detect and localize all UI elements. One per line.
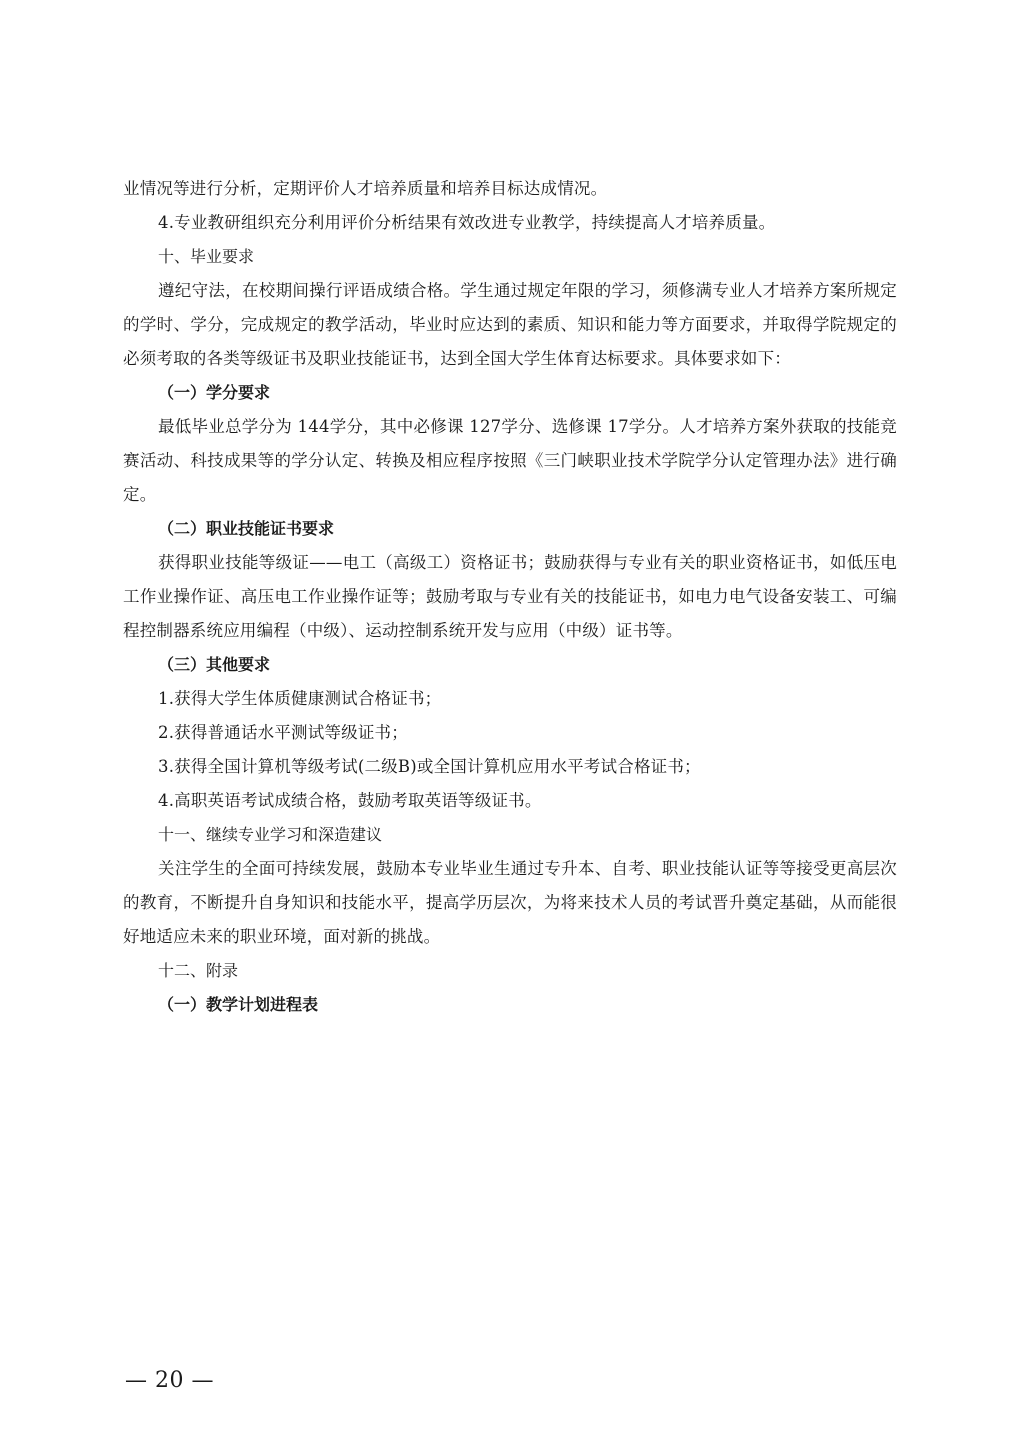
section-10-intro: 遵纪守法，在校期间操行评语成绩合格。学生通过规定年限的学习，须修满专业人才培养方… xyxy=(123,274,897,376)
page-number: — 20 — xyxy=(125,1368,214,1393)
subsection-certificate-body: 获得职业技能等级证——电工（高级工）资格证书；鼓励获得与专业有关的职业资格证书，… xyxy=(123,546,897,648)
section-11-title: 十一、继续专业学习和深造建议 xyxy=(123,818,897,852)
other-requirement-item: 2.获得普通话水平测试等级证书； xyxy=(123,716,897,750)
section-10-title: 十、毕业要求 xyxy=(123,240,897,274)
section-11-body: 关注学生的全面可持续发展，鼓励本专业毕业生通过专升本、自考、职业技能认证等等接受… xyxy=(123,852,897,954)
other-requirement-item: 1.获得大学生体质健康测试合格证书； xyxy=(123,682,897,716)
other-requirement-item: 4.高职英语考试成绩合格，鼓励考取英语等级证书。 xyxy=(123,784,897,818)
subsection-credit-title: （一）学分要求 xyxy=(123,376,897,410)
eval-item-4: 4.专业教研组织充分利用评价分析结果有效改进专业教学，持续提高人才培养质量。 xyxy=(123,206,897,240)
appendix-teaching-plan-title: （一）教学计划进程表 xyxy=(123,988,897,1022)
document-page: 业情况等进行分析，定期评价人才培养质量和培养目标达成情况。 4.专业教研组织充分… xyxy=(123,172,897,1022)
subsection-other-title: （三）其他要求 xyxy=(123,648,897,682)
section-12-title: 十二、附录 xyxy=(123,954,897,988)
subsection-credit-body: 最低毕业总学分为 144学分，其中必修课 127学分、选修课 17学分。人才培养… xyxy=(123,410,897,512)
paragraph-continuation: 业情况等进行分析，定期评价人才培养质量和培养目标达成情况。 xyxy=(123,172,897,206)
subsection-certificate-title: （二）职业技能证书要求 xyxy=(123,512,897,546)
other-requirement-item: 3.获得全国计算机等级考试(二级B)或全国计算机应用水平考试合格证书； xyxy=(123,750,897,784)
